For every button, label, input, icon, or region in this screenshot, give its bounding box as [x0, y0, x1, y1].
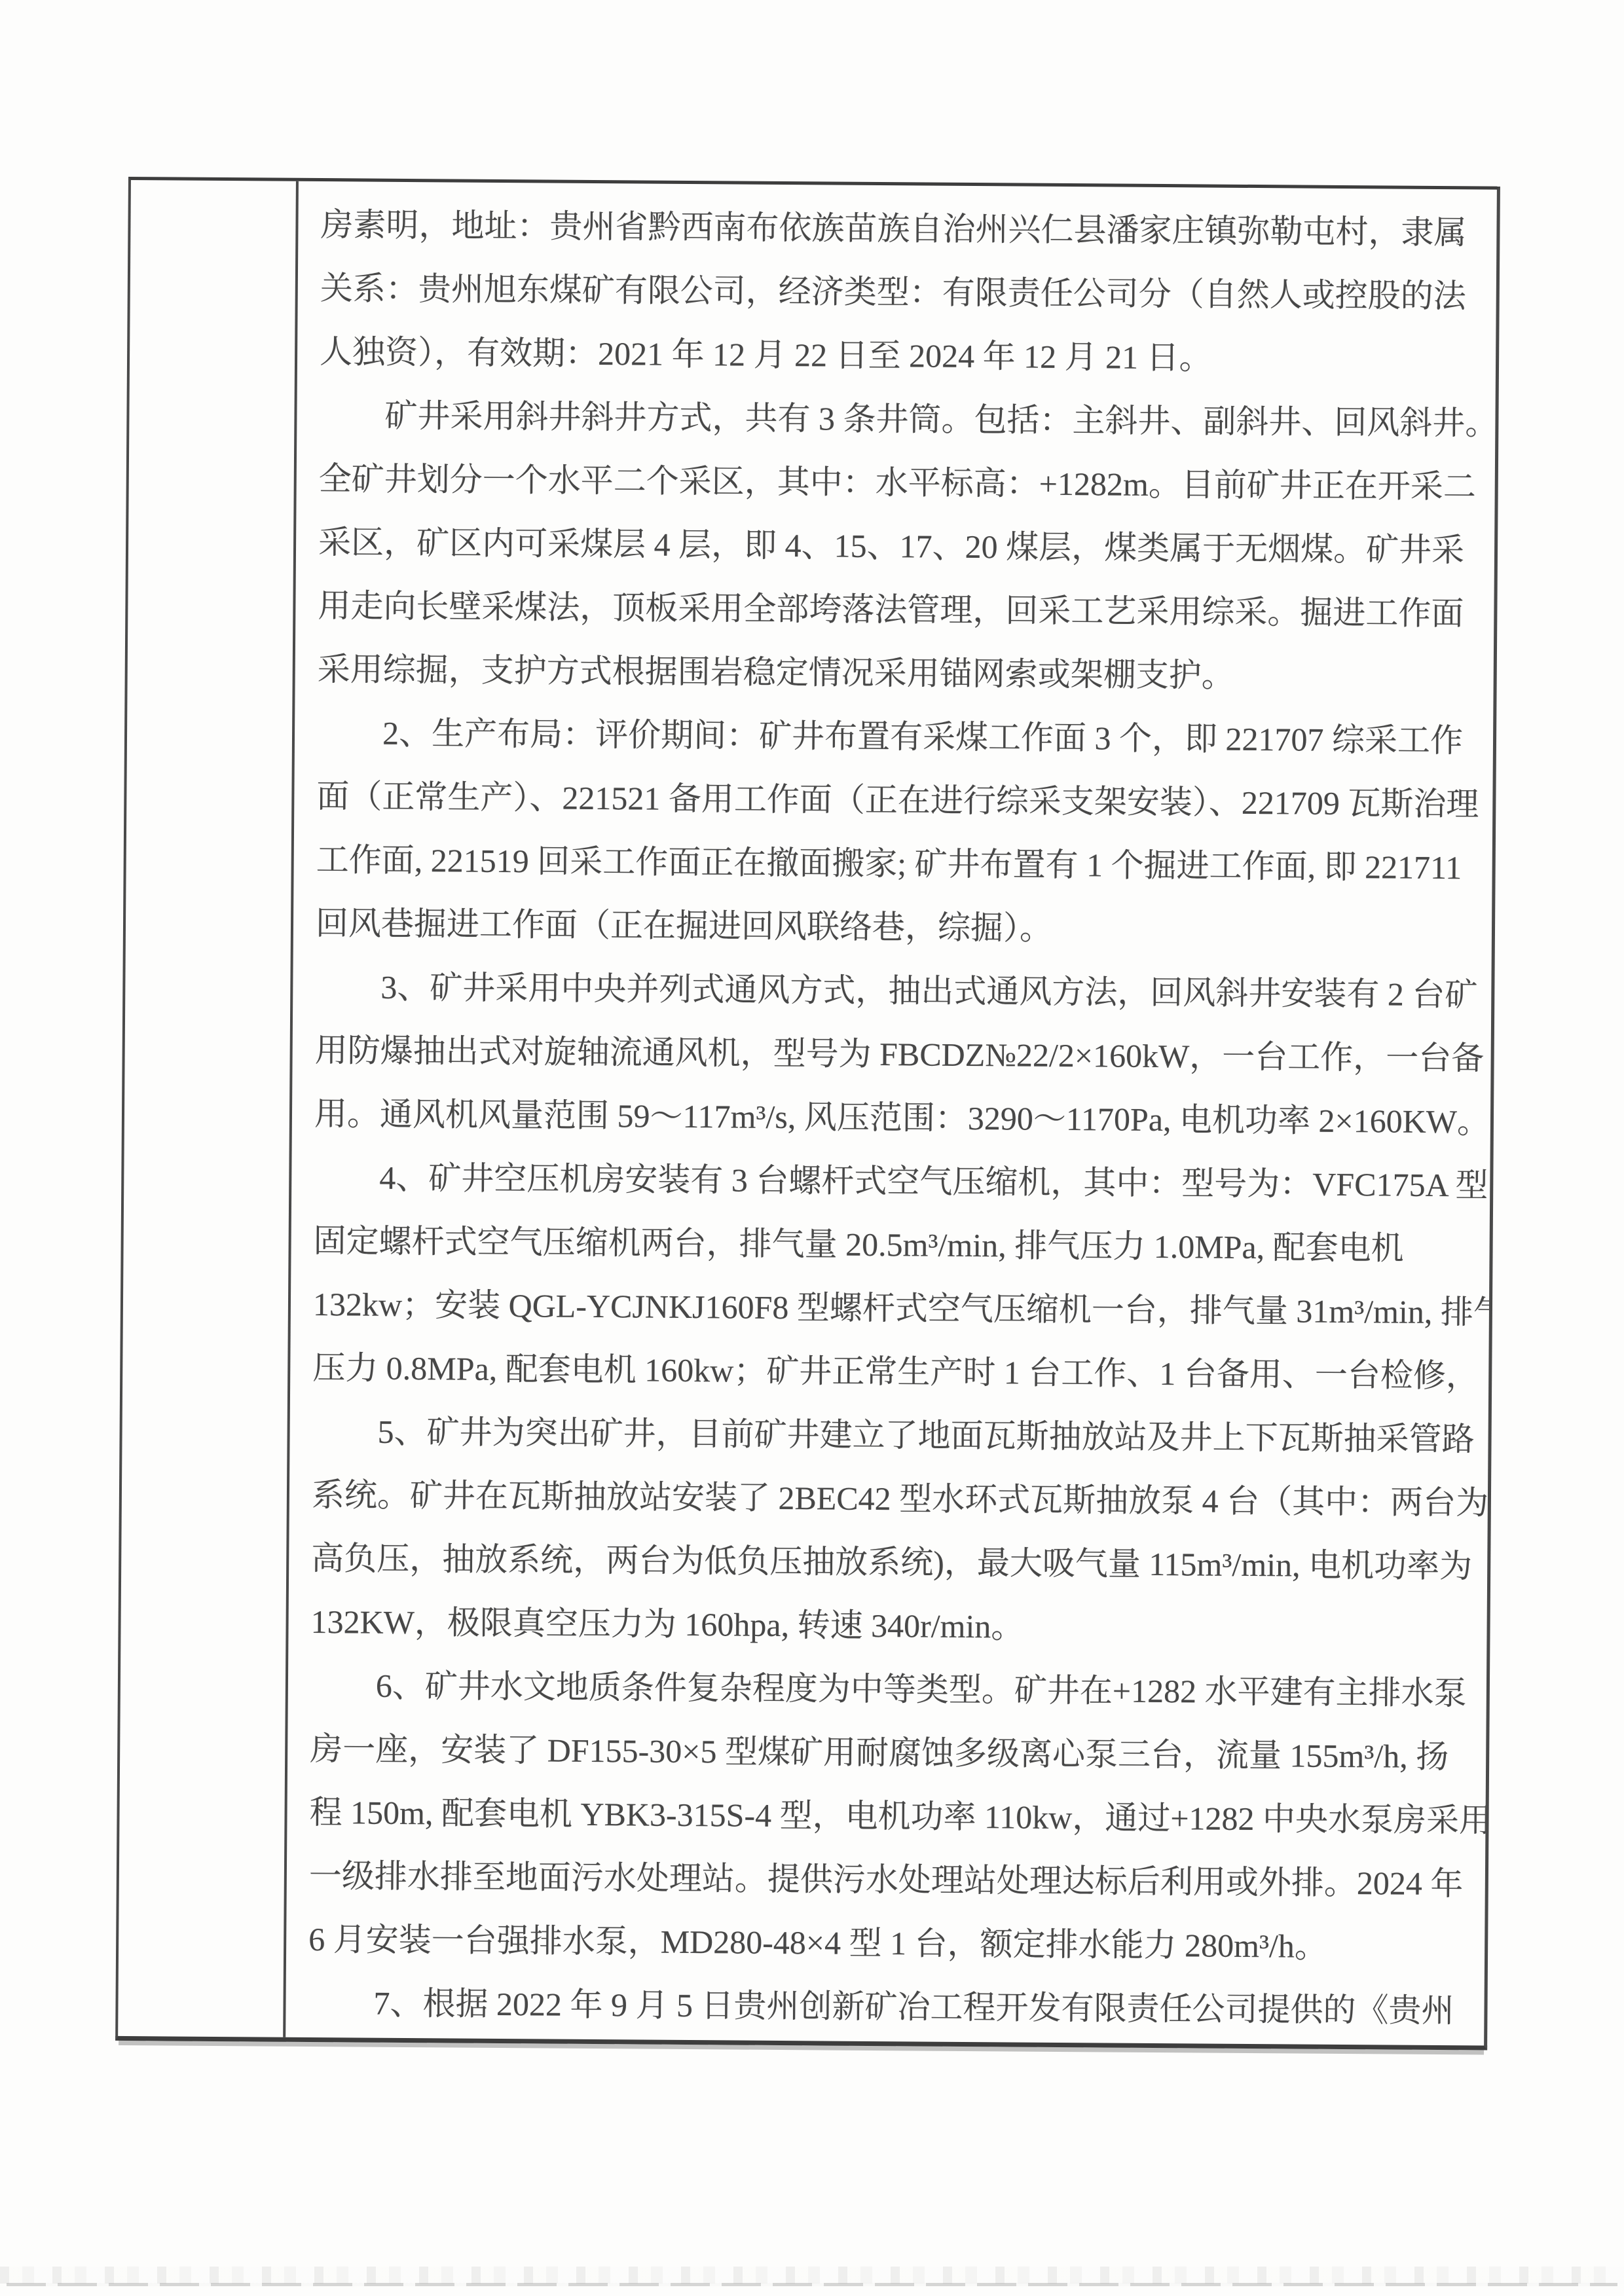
scan-noise-strip	[0, 2267, 1624, 2284]
text-line: 用走向长壁采煤法，顶板采用全部垮落法管理，回采工艺采用综采。掘进工作面	[318, 574, 1490, 646]
text-line: 房一座，安装了 DF155-30×5 型煤矿用耐腐蚀多级离心泵三台，流量 155…	[310, 1717, 1483, 1789]
text-line: 面（正常生产）、221521 备用工作面（正在进行综采支架安装）、221709 …	[316, 765, 1489, 836]
text-line: 用防爆抽出式对旋轴流通风机，型号为 FBCDZ№22/2×160kW，一台工作，…	[314, 1019, 1487, 1090]
scan-noise-line	[7, 2283, 1617, 2286]
text-line: 工作面, 221519 回采工作面正在撤面搬家; 矿井布置有 1 个掘进工作面,…	[316, 828, 1488, 900]
text-line: 3、矿井采用中央并列式通风方式，抽出式通风方法，回风斜井安装有 2 台矿	[315, 955, 1488, 1027]
lines: 房素明，地址：贵州省黔西南布依族苗族自治州兴仁县潘家庄镇弥勒屯村，隶属关系：贵州…	[308, 193, 1493, 2043]
text-line: 6 月安装一台强排水泵，MD280-48×4 型 1 台，额定排水能力 280m…	[308, 1908, 1481, 1979]
text-line: 矿井采用斜井斜井方式，共有 3 条井筒。包括：主斜井、副斜井、回风斜井。	[319, 384, 1492, 455]
text-line: 高负压，抽放系统，两台为低负压抽放系统)，最大吸气量 115m³/min, 电机…	[311, 1527, 1484, 1598]
table-content-column: 房素明，地址：贵州省黔西南布依族苗族自治州兴仁县潘家庄镇弥勒屯村，隶属关系：贵州…	[286, 181, 1497, 2046]
text-line: 房素明，地址：贵州省黔西南布依族苗族自治州兴仁县潘家庄镇弥勒屯村，隶属	[320, 193, 1493, 264]
text-line: 回风巷掘进工作面（正在掘进回风联络巷，综掘）。	[316, 892, 1488, 963]
text-line: 程 150m, 配套电机 YBK3-315S-4 型，电机功率 110kw，通过…	[309, 1781, 1482, 1852]
text-line: 4、矿井空压机房安装有 3 台螺杆式空气压缩机，其中：型号为：VFC175A 型	[314, 1146, 1486, 1217]
text-line: 7、根据 2022 年 9 月 5 日贵州创新矿冶工程开发有限责任公司提供的《贵…	[308, 1971, 1481, 2043]
text-line: 关系：贵州旭东煤矿有限公司，经济类型：有限责任公司分（自然人或控股的法	[320, 257, 1492, 328]
text-line: 固定螺杆式空气压缩机两台，排气量 20.5m³/min, 排气压力 1.0MPa…	[313, 1209, 1486, 1281]
text-line: 132kw；安装 QGL-YCJNKJ160F8 型螺杆式空气压缩机一台，排气量…	[313, 1273, 1486, 1344]
text-line: 一级排水排至地面污水处理站。提供污水处理站处理达标后利用或外排。2024 年	[309, 1844, 1482, 1916]
text-line: 2、生产布局：评价期间：矿井布置有采煤工作面 3 个，即 221707 综采工作	[317, 701, 1490, 773]
table-left-column	[118, 180, 299, 2037]
text-line: 采区，矿区内可采煤层 4 层，即 4、15、17、20 煤层，煤类属于无烟煤。矿…	[318, 511, 1491, 582]
text-line: 系统。矿井在瓦斯抽放站安装了 2BEC42 型水环式瓦斯抽放泵 4 台（其中：两…	[312, 1463, 1485, 1535]
text-line: 人独资），有效期：2021 年 12 月 22 日至 2024 年 12 月 2…	[320, 320, 1492, 392]
text-line: 6、矿井水文地质条件复杂程度为中等类型。矿井在+1282 水平建有主排水泵	[310, 1654, 1483, 1725]
page: 房素明，地址：贵州省黔西南布依族苗族自治州兴仁县潘家庄镇弥勒屯村，隶属关系：贵州…	[0, 0, 1624, 2296]
text-line: 压力 0.8MPa, 配套电机 160kw；矿井正常生产时 1 台工作、1 台备…	[312, 1336, 1485, 1408]
text-line: 用。通风机风量范围 59～117m³/s, 风压范围：3290～1170Pa, …	[314, 1082, 1487, 1154]
text-line: 132KW，极限真空压力为 160hpa, 转速 340r/min。	[310, 1590, 1483, 1662]
text-line: 5、矿井为突出矿井，目前矿井建立了地面瓦斯抽放站及井上下瓦斯抽采管路	[312, 1400, 1485, 1471]
document-table: 房素明，地址：贵州省黔西南布依族苗族自治州兴仁县潘家庄镇弥勒屯村，隶属关系：贵州…	[115, 177, 1500, 2050]
text-line: 全矿井划分一个水平二个采区，其中：水平标高：+1282m。目前矿井正在开采二	[318, 447, 1491, 519]
text-line: 采用综掘，支护方式根据围岩稳定情况采用锚网索或架棚支护。	[317, 638, 1490, 709]
